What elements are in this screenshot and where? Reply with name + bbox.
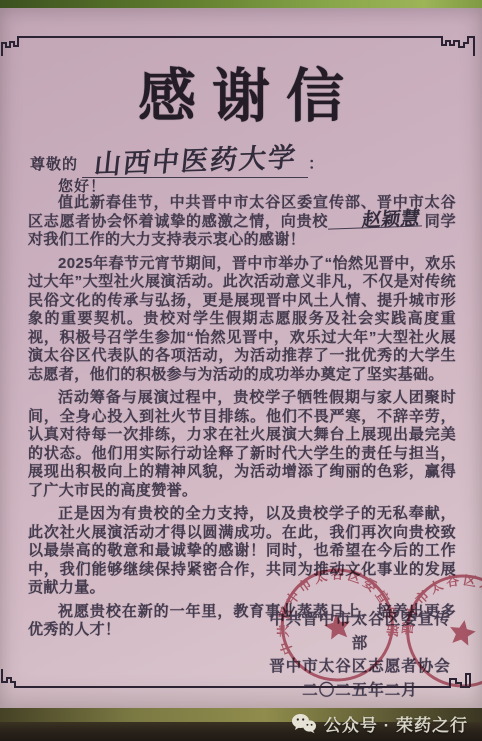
letter-title: 感谢信	[0, 60, 482, 132]
recipient-underline: 山西中医药大学	[82, 147, 308, 178]
wechat-icon	[291, 713, 317, 734]
paragraph-1: 值此新春佳节，中共晋中市太谷区委宣传部、晋中市太谷区志愿者协会怀着诚挚的感激之情…	[28, 194, 456, 250]
salutation-colon: ：	[308, 151, 324, 178]
greeting-text: 您好！	[58, 175, 106, 196]
letter-paper: 感谢信 尊敬的 山西中医药大学 ： 您好！ 值此新春佳节，中共晋中市太谷区委宣传…	[0, 8, 482, 708]
seal-ring-text-right: 晋中市太谷区志愿者协会	[399, 563, 482, 656]
paragraph-3: 活动筹备与展演过程中，贵校学子牺牲假期与家人团聚时间，全身心投入到社火节目排练。…	[28, 389, 456, 500]
seal-ring-text-left: 中共晋中市太谷区委宣传部	[267, 558, 402, 657]
letter-photo: 感谢信 尊敬的 山西中医药大学 ： 您好！ 值此新春佳节，中共晋中市太谷区委宣传…	[0, 0, 482, 741]
seal-star-icon	[448, 618, 478, 647]
watermark-label: 公众号 · 荣药之行	[324, 711, 468, 736]
recipient-handwritten-name: 山西中医药大学	[92, 143, 298, 180]
volunteer-handwritten-name: 赵颖慧	[328, 211, 424, 229]
paragraph-2: 2025年春节元宵节期间，晋中市举办了“怡然见晋中，欢乐过大年”大型社火展演活动…	[28, 255, 456, 385]
watermark: 公众号 · 荣药之行	[291, 711, 468, 736]
salutation-line: 尊敬的 山西中医药大学 ：	[30, 140, 324, 178]
background-top-edge	[0, 0, 482, 8]
frame-top-border	[0, 20, 482, 56]
seal-star-icon	[323, 612, 352, 640]
